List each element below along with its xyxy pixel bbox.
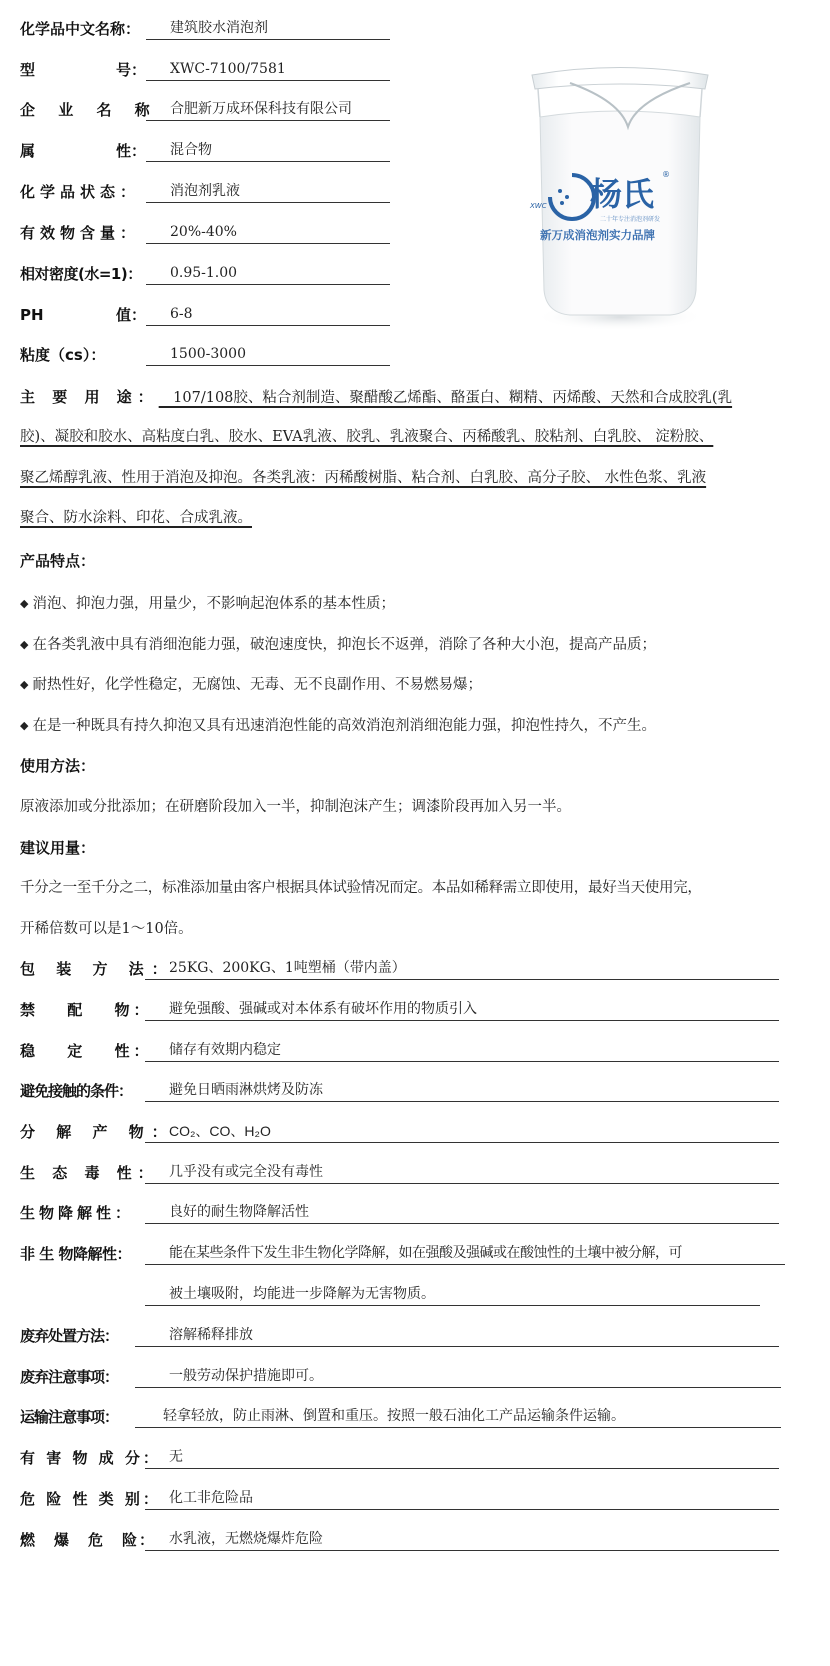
usage-heading: 使用方法： [20, 755, 95, 776]
product-beaker-image: XWC 杨氏 ® 二十年专注消泡剂研发 新万成消泡剂实力品牌 [510, 55, 730, 340]
spec-field-ph: PH值： 6-8 [20, 302, 390, 326]
field-value: CO₂、CO、H₂O [145, 1121, 779, 1143]
field-avoid-conditions: 避免接触的条件： 避免日晒雨淋烘烤及防冻 [20, 1078, 779, 1102]
field-abiotic-degradation: 非 生 物降解性： 能在某些条件下发生非生物化学降解，如在强酸及强碱或在酸蚀性的… [20, 1241, 785, 1265]
main-use-section: 主 要 用 途： 107/108胶、粘合剂制造、聚醋酸乙烯酯、酪蛋白、糊精、丙烯… [20, 386, 815, 408]
field-value: 25KG、200KG、1吨塑桶（带内盖） [145, 958, 779, 980]
field-label: 非 生 物降解性： [20, 1243, 145, 1265]
field-transport-notes: 运输注意事项： 轻拿轻放，防止雨淋、倒置和重压。按照一般石油化工产品运输条件运输… [20, 1404, 781, 1428]
usage-text: 原液添加或分批添加；在研磨阶段加入一半，抑制泡沫产生；调漆阶段再加入另一半。 [20, 797, 815, 817]
field-value: XWC-7100/7581 [146, 59, 390, 81]
field-incompatible: 禁 配 物： 避免强酸、强碱或对本体系有破坏作用的物质引入 [20, 997, 779, 1021]
field-disposal-notes: 废弃注意事项： 一般劳动保护措施即可。 [20, 1364, 781, 1388]
diamond-bullet-icon: ◆ [20, 678, 28, 691]
field-value: 被土壤吸附，均能进一步降解为无害物质。 [145, 1284, 760, 1306]
field-value: 水乳液，无燃烧爆炸危险 [145, 1529, 779, 1551]
beaker-icon: XWC 杨氏 ® 二十年专注消泡剂研发 新万成消泡剂实力品牌 [510, 55, 730, 340]
field-disposal-method: 废弃处置方法： 溶解稀释排放 [20, 1323, 779, 1347]
field-label: 有效物含量： [20, 222, 146, 244]
field-label: 化学品状态： [20, 181, 146, 203]
field-abiotic-degradation-cont: 被土壤吸附，均能进一步降解为无害物质。 [145, 1282, 760, 1306]
dosage-line: 千分之一至千分之二，标准添加量由客户根据具体试验情况而定。本品如稀释需立即使用，… [20, 878, 815, 898]
spec-field-active-content: 有效物含量： 20%-40% [20, 220, 390, 244]
field-stability: 稳 定 性： 储存有效期内稳定 [20, 1038, 779, 1062]
main-use-line-1: 107/108胶、粘合剂制造、聚醋酸乙烯酯、酪蛋白、糊精、丙烯酸、天然和合成胶乳… [159, 390, 732, 406]
feature-item: ◆耐热性好，化学性稳定，无腐蚀、无毒、无不良副作用、不易燃易爆； [20, 673, 482, 694]
field-label: 废弃注意事项： [20, 1366, 135, 1388]
dosage-line: 开稀倍数可以是1～10倍。 [20, 919, 815, 939]
field-value: 能在某些条件下发生非生物化学降解，如在强酸及强碱或在酸蚀性的土壤中被分解，可 [145, 1243, 785, 1265]
field-value: 1500-3000 [146, 344, 390, 366]
field-label: 稳 定 性： [20, 1040, 145, 1062]
field-value: 建筑胶水消泡剂 [146, 18, 390, 40]
field-label: 禁 配 物： [20, 999, 145, 1021]
main-use-line: 聚乙烯醇乳液、性用于消泡及抑泡。各类乳液：丙稀酸树脂、粘合剂、白乳胶、高分子胶、… [20, 468, 815, 488]
field-label: 粘度（cs）： [20, 344, 146, 366]
spec-field-model: 型号： XWC-7100/7581 [20, 57, 390, 81]
field-decomposition: 分 解 产 物： CO₂、CO、H₂O [20, 1119, 779, 1143]
spec-field-attribute: 属性： 混合物 [20, 138, 390, 162]
field-label: 生 态 毒 性： [20, 1162, 145, 1184]
field-label: 属性： [20, 140, 146, 162]
field-value: 合肥新万成环保科技有限公司 [146, 99, 390, 121]
spec-field-viscosity: 粘度（cs）： 1500-3000 [20, 342, 390, 366]
spec-field-company: 企 业 名 称 合肥新万成环保科技有限公司 [20, 97, 390, 121]
field-hazardous-components: 有 害 物 成 分： 无 [20, 1445, 779, 1469]
field-eco-toxicity: 生 态 毒 性： 几乎没有或完全没有毒性 [20, 1160, 779, 1184]
field-label: 危 险 性 类 别： [20, 1488, 145, 1510]
field-value: 几乎没有或完全没有毒性 [145, 1162, 779, 1184]
field-value: 轻拿轻放，防止雨淋、倒置和重压。按照一般石油化工产品运输条件运输。 [135, 1406, 781, 1428]
field-value: 良好的耐生物降解活性 [145, 1202, 779, 1224]
field-fire-explosion: 燃 爆 危 险： 水乳液，无燃烧爆炸危险 [20, 1527, 779, 1551]
main-use-line: 胶)、凝胶和胶水、高粘度白乳、胶水、EVA乳液、胶乳、乳液聚合、丙稀酸乳、胶粘剂… [20, 427, 815, 447]
field-biodegradability: 生物降解性： 良好的耐生物降解活性 [20, 1200, 779, 1224]
field-value: 避免强酸、强碱或对本体系有破坏作用的物质引入 [145, 999, 779, 1021]
spec-field-chinese-name: 化学品中文名称： 建筑胶水消泡剂 [20, 16, 390, 40]
svg-text:二十年专注消泡剂研发: 二十年专注消泡剂研发 [600, 215, 660, 223]
features-heading: 产品特点： [20, 550, 95, 571]
field-value: 储存有效期内稳定 [145, 1040, 779, 1062]
field-value: 化工非危险品 [145, 1488, 779, 1510]
field-label: 企 业 名 称 [20, 99, 146, 121]
field-value: 混合物 [146, 140, 390, 162]
feature-item: ◆在各类乳液中具有消细泡能力强，破泡速度快，抑泡长不返弹，消除了各种大小泡，提高… [20, 633, 656, 654]
field-value: 消泡剂乳液 [146, 181, 390, 203]
field-value: 20%-40% [146, 222, 390, 244]
field-hazard-class: 危 险 性 类 别： 化工非危险品 [20, 1486, 779, 1510]
field-label: 有 害 物 成 分： [20, 1447, 145, 1469]
main-use-label: 主 要 用 途： [20, 386, 159, 408]
field-label: 生物降解性： [20, 1202, 145, 1224]
field-value: 避免日晒雨淋烘烤及防冻 [145, 1080, 779, 1102]
diamond-bullet-icon: ◆ [20, 597, 28, 610]
field-value: 一般劳动保护措施即可。 [135, 1366, 781, 1388]
svg-text:®: ® [662, 170, 670, 179]
field-value: 无 [145, 1447, 779, 1469]
field-label: 燃 爆 危 险： [20, 1529, 145, 1551]
spec-field-state: 化学品状态： 消泡剂乳液 [20, 179, 390, 203]
field-value: 0.95-1.00 [146, 263, 390, 285]
field-label: 分 解 产 物： [20, 1121, 145, 1143]
dosage-heading: 建议用量： [20, 837, 95, 858]
field-value: 6-8 [146, 304, 390, 326]
field-label: 包 装 方 法： [20, 958, 145, 980]
svg-text:新万成消泡剂实力品牌: 新万成消泡剂实力品牌 [540, 228, 655, 242]
field-label: 相对密度(水=1)： [20, 263, 146, 285]
field-label: PH值： [20, 304, 146, 326]
field-label: 废弃处置方法： [20, 1325, 135, 1347]
field-packaging: 包 装 方 法： 25KG、200KG、1吨塑桶（带内盖） [20, 956, 779, 980]
diamond-bullet-icon: ◆ [20, 638, 28, 651]
spec-field-density: 相对密度(水=1)： 0.95-1.00 [20, 261, 390, 285]
field-value: 溶解稀释排放 [135, 1325, 779, 1347]
field-label: 运输注意事项： [20, 1406, 135, 1428]
main-use-line: 聚合、防水涂料、印花、合成乳液。 [20, 508, 815, 528]
feature-item: ◆在是一种既具有持久抑泡又具有迅速消泡性能的高效消泡剂消细泡能力强，抑泡性持久，… [20, 714, 656, 735]
field-label: 化学品中文名称： [20, 18, 146, 40]
svg-text:XWC: XWC [529, 202, 547, 210]
svg-text:杨氏: 杨氏 [590, 175, 655, 213]
field-label: 避免接触的条件： [20, 1080, 145, 1102]
feature-item: ◆消泡、抑泡力强，用量少，不影响起泡体系的基本性质； [20, 592, 395, 613]
field-label: 型号： [20, 59, 146, 81]
diamond-bullet-icon: ◆ [20, 719, 28, 732]
